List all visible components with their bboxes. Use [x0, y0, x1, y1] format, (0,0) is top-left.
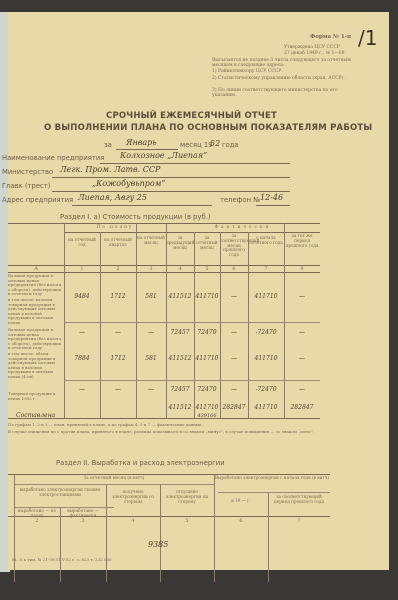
col5-num: 5	[194, 266, 220, 272]
section2-sub-generated: выработано электроэнергии своими электро…	[14, 488, 106, 498]
address-3: 3) По линии соответствующего министерств…	[212, 88, 360, 98]
col1-header: на отчетный год	[64, 238, 100, 248]
r1-c4: 411512	[166, 293, 194, 300]
r1-c7: 411710	[248, 293, 284, 300]
printer-line: М., 5 а тип. № 21-76-31 V-52 г. з. 823 т…	[12, 557, 112, 562]
footnote-1: По графам 1, 2 и 3 — план, принятый в пл…	[8, 422, 203, 427]
col1-num: 1	[64, 266, 100, 272]
margin-note: Составлена	[16, 412, 55, 419]
r3-c2: 1712	[100, 355, 136, 362]
col6-header: за соответствующий месяц прошлого года	[220, 234, 248, 258]
r1-c3: 581	[136, 293, 166, 300]
s2-col2-num: 2	[14, 518, 60, 524]
r1-c1: 9484	[64, 293, 100, 300]
col-a-num: А	[8, 266, 64, 272]
period-suffix: месяц 19	[180, 141, 213, 149]
row-label-4: в том числе: объем товарной продукции в …	[8, 352, 62, 380]
r4-c4: 72457	[166, 386, 194, 393]
phone-label: телефон №	[220, 196, 260, 204]
r2-c1: —	[64, 329, 100, 336]
field-value-ministry[interactable]: Легк. Пром. Латв. ССР	[60, 165, 160, 174]
s2-col5-num: 5	[160, 518, 214, 524]
row-label-2: в том числе: валовая товарная продукция …	[8, 298, 62, 326]
section1-title: Раздел I. а) Стоимость продукции (в руб.…	[60, 213, 211, 221]
row-label-5: Товарная продукция в ценах 1952 г.	[8, 392, 62, 401]
s2-col4-num: 4	[106, 518, 160, 524]
col7-num: 7	[248, 266, 284, 272]
period-year-label: года	[222, 141, 239, 149]
report-title-line1: СРОЧНЫЙ ЕЖЕМЕСЯЧНЫЙ ОТЧЕТ	[106, 111, 277, 121]
col2-num: 2	[100, 266, 136, 272]
extra-note: 439166	[194, 413, 220, 419]
r1-c5: 411710	[194, 293, 220, 300]
period-prefix: за	[104, 141, 112, 149]
phone-value[interactable]: 12-46	[260, 193, 283, 202]
form-number: Форма № 1-п	[310, 34, 351, 40]
section2-group-month: За отчетный месяц (в квтч)	[14, 476, 214, 481]
report-title-line2: О ВЫПОЛНЕНИИ ПЛАНА ПО ОСНОВНЫМ ПОКАЗАТЕЛ…	[44, 123, 372, 133]
r5-c5: 411710	[194, 404, 220, 411]
r3-c7: 411710	[248, 355, 284, 362]
s2-col7-header: за соответствующий период прошлого года	[268, 495, 330, 505]
col3-header: на отчетный месяц	[136, 236, 166, 246]
col7-header: с начала отчетного года	[248, 236, 284, 246]
s2-col7-num: 7	[268, 518, 330, 524]
footnote-2: В случае снижения по с против плана, при…	[8, 429, 328, 434]
col8-header: за тот же период прошлого года	[284, 234, 320, 248]
s2-col5-header: отпущено электроэнергии на сторону	[160, 490, 214, 504]
r4-c3: —	[136, 386, 166, 393]
r3-c3: 581	[136, 355, 166, 362]
group-plan: По плану	[64, 225, 166, 230]
s2-col4-header: получено электроэнергии со стороны	[106, 490, 160, 504]
col4-header: за предыдущий месяц	[166, 236, 194, 250]
field-value-enterprise[interactable]: Колхозное „Лиепая”	[120, 151, 207, 160]
corner-handwritten-mark: /1	[358, 26, 377, 50]
approved-date: 27 декаб 1949 г., № 1—09	[284, 51, 345, 56]
address-2: 2) Статистическому управлению области (к…	[212, 76, 360, 81]
period-year[interactable]: 52	[210, 139, 220, 148]
field-value-glavk[interactable]: „Кожобувьпром”	[92, 179, 165, 188]
field-label-enterprise: Наименование предприятия	[2, 154, 104, 162]
r2-c2: —	[100, 329, 136, 336]
col2-header: на отчетный квартал	[100, 238, 136, 248]
r2-c8: —	[284, 329, 320, 336]
r3-c1: 7884	[64, 355, 100, 362]
r5-c4: 411512	[166, 404, 194, 411]
r1-c2: 1712	[100, 293, 136, 300]
r2-c5: 72470	[194, 329, 220, 336]
section2-title: Раздел II. Выработка и расход электроэне…	[56, 459, 225, 467]
r3-c4: 411512	[166, 355, 194, 362]
r2-c7: -72470	[248, 329, 284, 336]
field-label-ministry: Министерство	[2, 168, 53, 176]
r3-c8: —	[284, 355, 320, 362]
row-label-1: Валовая продукция в оптовых ценах предпр…	[8, 274, 62, 297]
r4-c7: -72470	[248, 386, 284, 393]
r5-c8: 282847	[284, 404, 320, 411]
handwritten-note: 9385	[148, 540, 168, 549]
r4-c6: —	[220, 386, 248, 393]
col3-num: 3	[136, 266, 166, 272]
row-label-3: Валовая продукция в оптовых ценах предпр…	[8, 328, 62, 351]
r3-c5: 411710	[194, 355, 220, 362]
r2-c3: —	[136, 329, 166, 336]
col5-header: за отчетный месяц	[194, 236, 220, 250]
section2-group-year: Выработано электроэнергии с начала года …	[214, 476, 330, 481]
field-value-address[interactable]: Лиепая, Авгу 25	[78, 193, 147, 202]
r5-c6: 282847	[220, 404, 248, 411]
r5-c7: 411710	[248, 404, 284, 411]
period-month[interactable]: Январь	[126, 138, 157, 147]
document-page: Форма № 1-п Утверждена ЦСУ СССР 27 декаб…	[8, 12, 389, 570]
r4-c5: 72470	[194, 386, 220, 393]
field-label-address: Адрес предприятия	[2, 196, 73, 204]
r1-c6: —	[220, 293, 248, 300]
s2-col3-num: 3	[60, 518, 106, 524]
r3-c6: —	[220, 355, 248, 362]
col6-num: 6	[220, 266, 248, 272]
r4-c8: —	[284, 386, 320, 393]
field-label-glavk: Главк (трест)	[2, 182, 50, 190]
r4-c1: —	[64, 386, 100, 393]
group-fact: Фактически	[166, 225, 320, 230]
address-1: 1) Райинспектору ЦСУ СССР.	[212, 69, 283, 74]
r2-c4: 72457	[166, 329, 194, 336]
r4-c2: —	[100, 386, 136, 393]
r1-c8: —	[284, 293, 320, 300]
col8-num: 8	[284, 266, 320, 272]
s2-col6-num: 6	[214, 518, 268, 524]
col4-num: 4	[166, 266, 194, 272]
send-instructions: Высылается не позднее 3 числа следующего…	[212, 58, 362, 68]
approved-by: Утверждена ЦСУ СССР	[284, 45, 340, 50]
r2-c6: —	[220, 329, 248, 336]
s2-col6-header: в 19 — г.	[214, 499, 268, 504]
